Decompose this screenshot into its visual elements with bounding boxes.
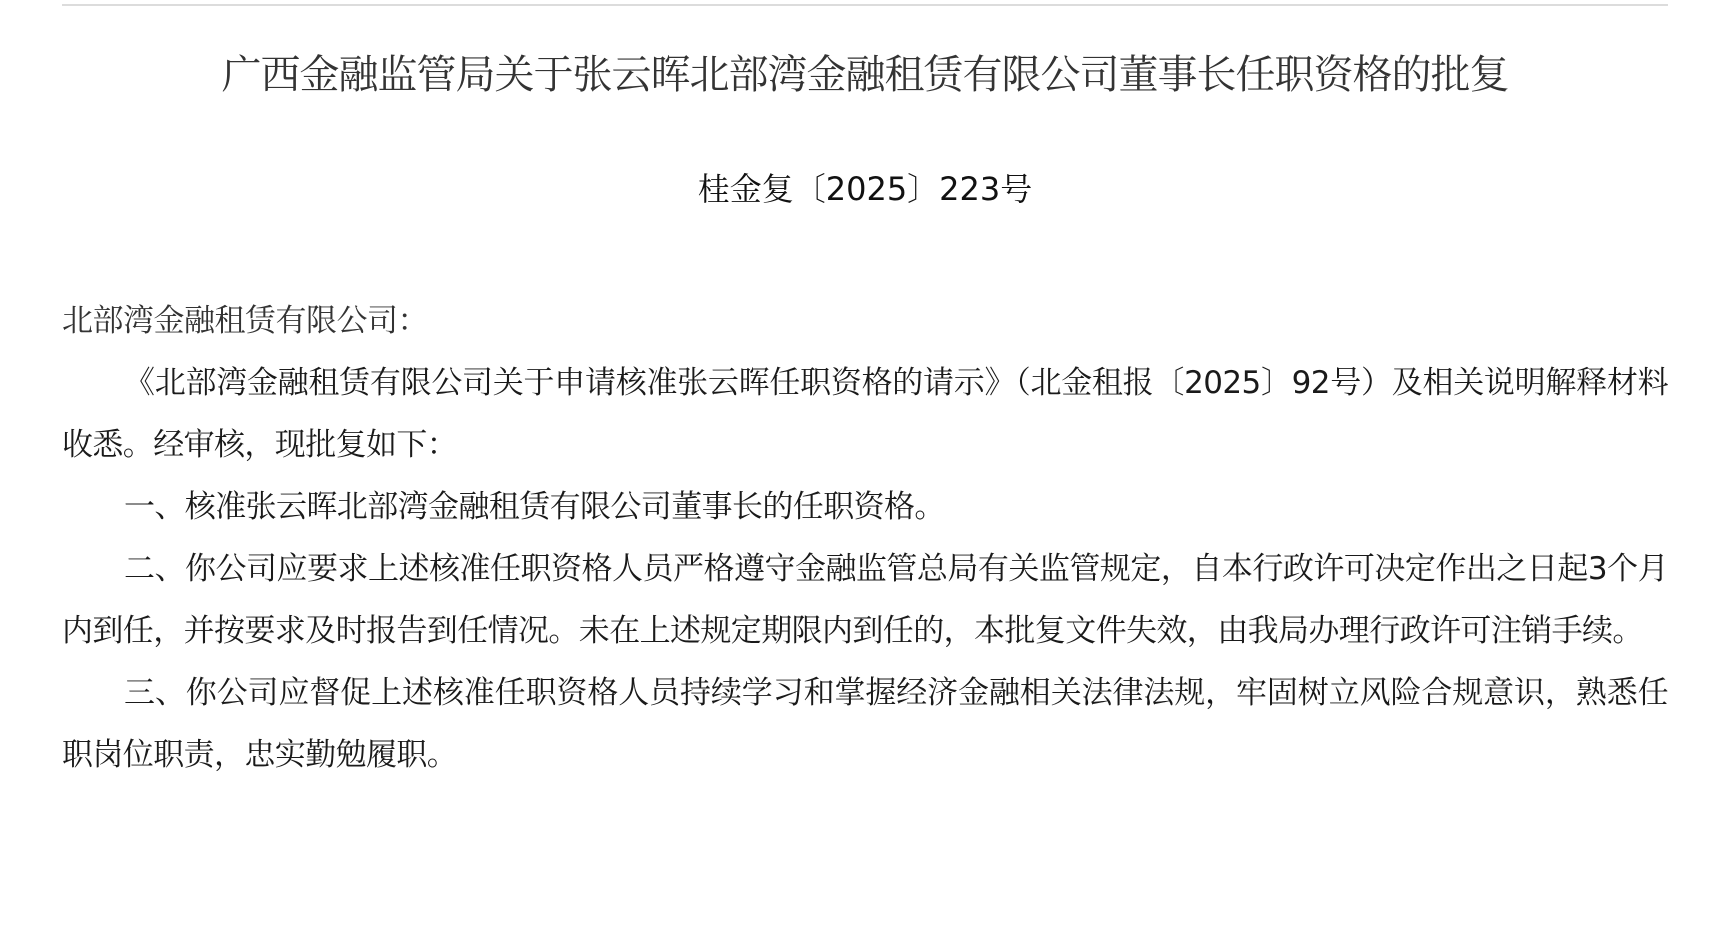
document-body: 北部湾金融租赁有限公司： 《北部湾金融租赁有限公司关于申请核准张云晖任职资格的请… xyxy=(62,290,1668,786)
top-divider xyxy=(62,4,1668,6)
document-title: 广西金融监管局关于张云晖北部湾金融租赁有限公司董事长任职资格的批复 xyxy=(62,46,1668,104)
paragraph-item-1: 一、核准张云晖北部湾金融租赁有限公司董事长的任职资格。 xyxy=(62,476,1668,538)
salutation: 北部湾金融租赁有限公司： xyxy=(62,290,1668,352)
paragraph-item-2: 二、你公司应要求上述核准任职资格人员严格遵守金融监管总局有关监管规定，自本行政许… xyxy=(62,538,1668,662)
paragraph-item-3: 三、你公司应督促上述核准任职资格人员持续学习和掌握经济金融相关法律法规，牢固树立… xyxy=(62,662,1668,786)
document-number: 桂金复〔2025〕223号 xyxy=(62,166,1668,212)
paragraph-intro: 《北部湾金融租赁有限公司关于申请核准张云晖任职资格的请示》（北金租报〔2025〕… xyxy=(62,352,1668,476)
